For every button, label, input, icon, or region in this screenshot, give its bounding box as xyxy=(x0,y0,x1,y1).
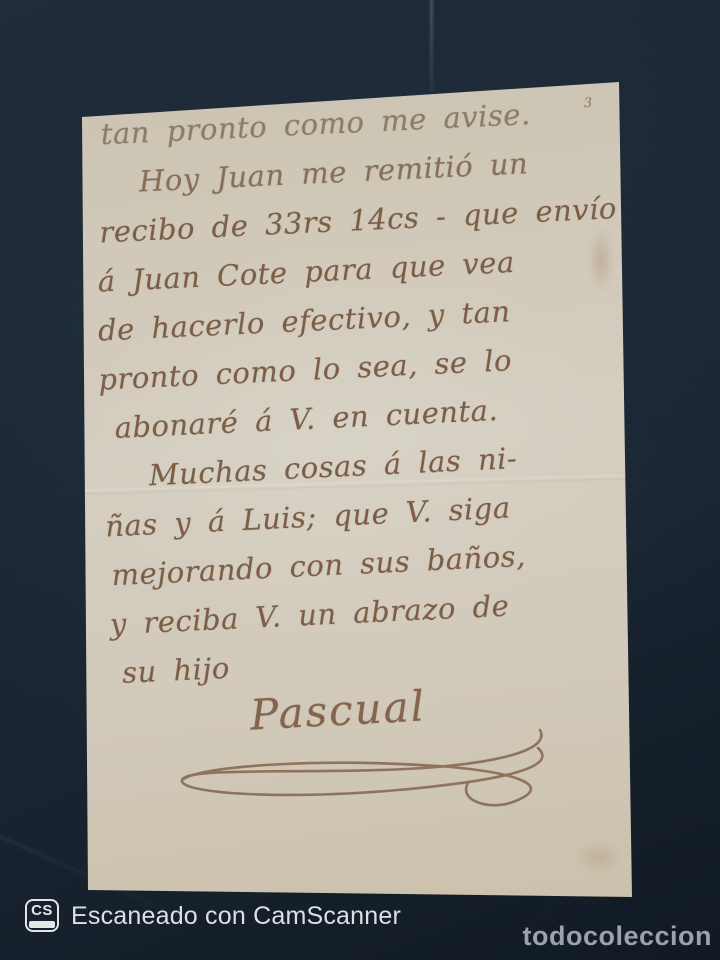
camscanner-logo-icon: CS xyxy=(25,899,59,932)
todocoleccion-watermark-label: todocoleccion xyxy=(522,921,712,952)
handwritten-text-block: tan pronto como me avise. Hoy Juan me re… xyxy=(86,92,661,705)
signature-flourish xyxy=(168,728,568,823)
paper-stain xyxy=(575,840,623,874)
letter-paper: 3 tan pronto como me avise. Hoy Juan me … xyxy=(0,0,720,960)
camscanner-watermark-label: Escaneado con CamScanner xyxy=(71,902,401,931)
background-crease-vertical xyxy=(430,0,433,92)
camscanner-badge-bar xyxy=(29,921,55,928)
scanned-letter-photo: 3 tan pronto como me avise. Hoy Juan me … xyxy=(0,0,720,960)
camscanner-badge-text: CS xyxy=(27,902,57,919)
